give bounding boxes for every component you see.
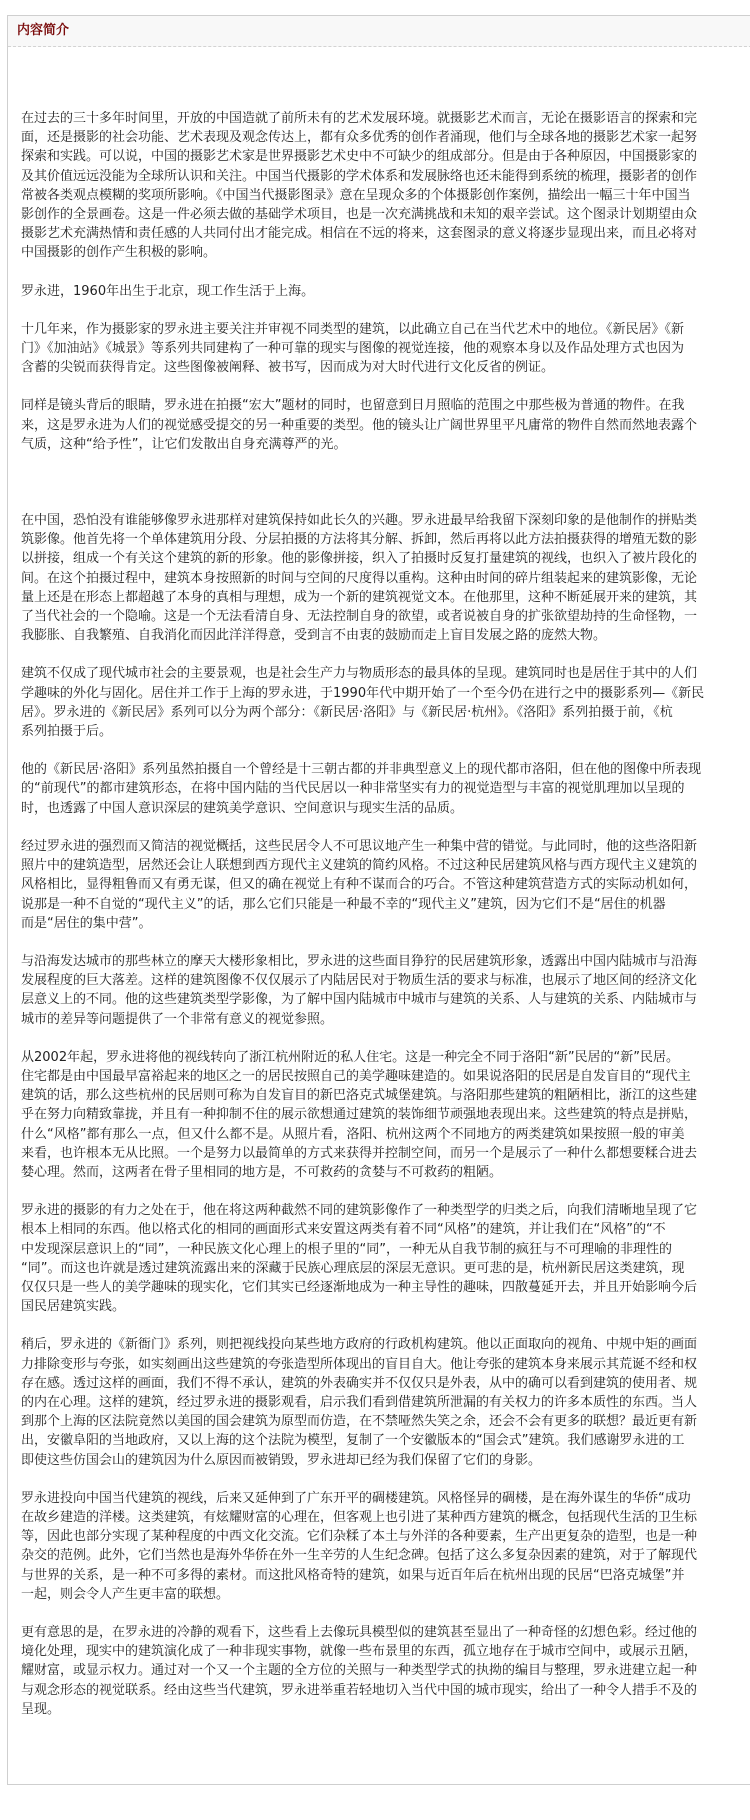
text-line: 什么“风格”都有那么一点，但又什么都不是。从照片看，洛阳、杭州这两个不同地方的两… [21,1125,748,1144]
text-line: 乎在努力向精致靠拢，并且有一种抑制不住的展示欲想通过建筑的装饰细节顽强地表现出来… [21,1105,748,1124]
text-line: 量上还是在形态上都超越了本身的真相与理想，成为一个新的建筑视觉文本。在他那里，这… [21,588,748,607]
content-intro-panel: 内容简介 在过去的三十多年时间里，开放的中国造就了前所未有的艺术发展环境。就摄影… [7,15,750,1785]
text-line: 门》《加油站》《城景》等系列共同建构了一种可靠的现实与图像的视觉连接，他的观察本… [21,339,748,358]
paragraph: 他的《新民居·洛阳》系列虽然拍摄自一个曾经是十三朝古都的并非典型意义上的现代都市… [21,760,748,818]
text-line: 气质，这种“给予性”，让它们发散出自身充满尊严的光。 [21,435,748,454]
text-line: 居》。罗永进的《新民居》系列可以分为两个部分：《新民居·洛阳》与《新民居·杭州》… [21,703,748,722]
text-line: 即使这些仿国会山的建筑因为什么原因而被销毁，罗永进却已经为我们保留了它们的身影。 [21,1451,748,1470]
text-line: 罗永进，1960年出生于北京，现工作生活于上海。 [21,282,748,301]
text-line: 同样是镜头背后的眼睛，罗永进在拍摄“宏大”题材的同时，也留意到日月照临的范围之中… [21,396,748,415]
text-line: 根本上相同的东西。他以格式化的相同的画面形式来安置这两类有着不同“风格”的建筑，… [21,1220,748,1239]
paragraph: 与沿海发达城市的那些林立的摩天大楼形象相比，罗永进的这些面目狰狞的民居建筑形象，… [21,952,748,1029]
paragraph: 罗永进的摄影的有力之处在于，他在将这两种截然不同的建筑影像作了一种类型学的归类之… [21,1201,748,1316]
text-line: 我膨胀、自我繁殖、自我消化而因此洋洋得意，受到言不由衷的鼓励而走上盲目发展之路的… [21,626,748,645]
text-line: 建筑的话，那么这些杭州的民居则可称为自发盲目的新巴洛克式城堡建筑。与洛阳那些建筑… [21,1086,748,1105]
text-line: 更有意思的是，在罗永进的冷静的观看下，这些看上去像玩具模型似的建筑甚至显出了一种… [21,1623,748,1642]
text-line: 罗永进的摄影的有力之处在于，他在将这两种截然不同的建筑影像作了一种类型学的归类之… [21,1201,748,1220]
text-line: 与沿海发达城市的那些林立的摩天大楼形象相比，罗永进的这些面目狰狞的民居建筑形象，… [21,952,748,971]
text-line: 他的《新民居·洛阳》系列虽然拍摄自一个曾经是十三朝古都的并非典型意义上的现代都市… [21,760,748,779]
text-line: 来，这是罗永进为人们的视觉感受提交的另一种重要的类型。他的镜头让广阔世界里平凡庸… [21,416,748,435]
text-line: 的内在心理。这样的建筑，经过罗永进的摄影观看，启示我们看到借建筑所泄漏的有关权力… [21,1393,748,1412]
text-line: 面，还是摄影的社会功能、艺术表现及观念传达上，都有众多优秀的创作者涌现，他们与全… [21,128,748,147]
paragraph: 在过去的三十多年时间里，开放的中国造就了前所未有的艺术发展环境。就摄影艺术而言，… [21,109,748,263]
text-line: 从2002年起，罗永进将他的视线转向了浙江杭州附近的私人住宅。这是一种完全不同于… [21,1048,748,1067]
panel-header: 内容简介 [8,16,750,47]
text-line: 系列拍摄于后。 [21,722,748,741]
text-line: 中国摄影的创作产生积极的影响。 [21,243,748,262]
text-line: 等，因此也部分实现了某种程度的中西文化交流。它们杂糅了本土与外洋的各种要素，生产… [21,1527,748,1546]
intro-body: 在过去的三十多年时间里，开放的中国造就了前所未有的艺术发展环境。就摄影艺术而言，… [8,47,748,1738]
text-line: 层意义上的不同。他的这些建筑类型学影像，为了解中国内陆城市中城市与建筑的关系、人… [21,990,748,1009]
text-line: 风格相比，显得粗鲁而又有勇无谋，但又的确在视觉上有种不谋而合的巧合。不管这种建筑… [21,875,748,894]
text-line: 常被各类观点模糊的奖项所影响。《中国当代摄影图录》意在呈现众多的个体摄影创作案例… [21,186,748,205]
text-line: 了当代社会的一个隐喻。这是一个无法看清自身、无法控制自身的欲望，或者说被自身的扩… [21,607,748,626]
text-line: 存在感。透过这样的画面，我们不得不承认，建筑的外表确实并不仅仅只是外表，从中的确… [21,1374,748,1393]
paragraph: 十几年来，作为摄影家的罗永进主要关注并审视不同类型的建筑，以此确立自己在当代艺术… [21,320,748,378]
text-line: 稍后，罗永进的《新衙门》系列，则把视线投向某些地方政府的行政机构建筑。他以正面取… [21,1335,748,1354]
spacer [21,473,748,511]
text-line: 建筑不仅成了现代城市社会的主要景观，也是社会生产力与物质形态的最具体的呈现。建筑… [21,664,748,683]
text-line: 与观念形态的视觉联系。经由这些当代建筑，罗永进举重若轻地切入当代中国的城市现实，… [21,1681,748,1700]
text-line: 力排除变形与夸张，如实刻画出这些建筑的夸张造型所体现出的盲目自大。他让夸张的建筑… [21,1355,748,1374]
text-line: 耀财富，或显示权力。通过对一个又一个主题的全方位的关照与一种类型学式的执拗的编目… [21,1661,748,1680]
text-line: “同”。而这也许就是透过建筑流露出来的深藏于民族心理底层的深层无意识。更可悲的是… [21,1259,748,1278]
text-line: 出，安徽阜阳的当地政府，又以上海的这个法院为模型，复制了一个安徽版本的“国会式”… [21,1431,748,1450]
paragraph: 经过罗永进的强烈而又简洁的视觉概括，这些民居令人不可思议地产生一种集中营的错觉。… [21,837,748,933]
text-line: 杂交的范例。此外，它们当然也是海外华侨在外一生辛劳的人生纪念碑。包括了这么多复杂… [21,1546,748,1565]
section-title: 内容简介 [17,23,69,38]
text-line: 到那个上海的区法院竟然以美国的国会建筑为原型而仿造，在不禁哑然失笑之余，还会不会… [21,1412,748,1431]
paragraph: 建筑不仅成了现代城市社会的主要景观，也是社会生产力与物质形态的最具体的呈现。建筑… [21,664,748,741]
text-line: 的“前现代”的都市建筑形态，在将中国内陆的当代民居以一种非常坚实有力的视觉造型与… [21,779,748,798]
text-line: 一起，则会令人产生更丰富的联想。 [21,1585,748,1604]
text-line: 中发现深层意识上的“同”，一种民族文化心理上的根子里的“同”，一种无从自我节制的… [21,1240,748,1259]
text-line: 说那是一种不自觉的“现代主义”的话，那么它们只能是一种最不幸的“现代主义”建筑，… [21,895,748,914]
paragraph: 更有意思的是，在罗永进的冷静的观看下，这些看上去像玩具模型似的建筑甚至显出了一种… [21,1623,748,1719]
text-line: 在中国，恐怕没有谁能够像罗永进那样对建筑保持如此长久的兴趣。罗永进最早给我留下深… [21,511,748,530]
text-line: 罗永进投向中国当代建筑的视线，后来又延伸到了广东开平的碉楼建筑。风格怪异的碉楼，… [21,1489,748,1508]
text-line: 摄影艺术充满热情和责任感的人共同付出才能完成。相信在不远的将来，这套图录的意义将… [21,224,748,243]
paragraph: 从2002年起，罗永进将他的视线转向了浙江杭州附近的私人住宅。这是一种完全不同于… [21,1048,748,1182]
text-line: 时，也透露了中国人意识深层的建筑美学意识、空间意识与现实生活的品质。 [21,799,748,818]
text-line: 经过罗永进的强烈而又简洁的视觉概括，这些民居令人不可思议地产生一种集中营的错觉。… [21,837,748,856]
text-line: 影创作的全景画卷。这是一件必须去做的基础学术项目，也是一次充满挑战和未知的艰辛尝… [21,205,748,224]
text-line: 与世界的关系，是一种不可多得的素材。而这批风格奇特的建筑，如果与近百年后在杭州出… [21,1566,748,1585]
paragraph: 稍后，罗永进的《新衙门》系列，则把视线投向某些地方政府的行政机构建筑。他以正面取… [21,1335,748,1469]
paragraph: 同样是镜头背后的眼睛，罗永进在拍摄“宏大”题材的同时，也留意到日月照临的范围之中… [21,396,748,454]
text-line: 探索和实践。可以说，中国的摄影艺术家是世界摄影艺术史中不可缺少的组成部分。但是由… [21,147,748,166]
text-line: 含蓄的尖锐而获得肯定。这些图像被阐释、被书写，因而成为对大时代进行文化反省的例证… [21,358,748,377]
text-line: 而是“居住的集中营”。 [21,914,748,933]
text-line: 发展程度的巨大落差。这样的建筑图像不仅仅展示了内陆居民对于物质生活的要求与标准，… [21,971,748,990]
text-line: 照片中的建筑造型，居然还会让人联想到西方现代主义建筑的简约风格。不过这种民居建筑… [21,856,748,875]
text-line: 仅仅只是一些人的美学趣味的现实化，它们其实已经逐渐地成为一种主导性的趣味，四散蔓… [21,1278,748,1297]
text-line: 在故乡建造的洋楼。这类建筑，有炫耀财富的心理在，但客观上也引进了某种西方建筑的概… [21,1508,748,1527]
paragraph: 罗永进，1960年出生于北京，现工作生活于上海。 [21,282,748,301]
text-line: 来看，也许根本无从比照。一个是努力以最简单的方式来获得并控制空间，而另一个是展示… [21,1144,748,1163]
text-line: 住宅都是由中国最早富裕起来的地区之一的居民按照自己的美学趣味建造的。如果说洛阳的… [21,1067,748,1086]
text-line: 在过去的三十多年时间里，开放的中国造就了前所未有的艺术发展环境。就摄影艺术而言，… [21,109,748,128]
text-line: 国民居建筑实践。 [21,1297,748,1316]
text-line: 城市的差异等问题提供了一个非常有意义的视觉参照。 [21,1010,748,1029]
text-line: 间。在这个拍摄过程中，建筑本身按照新的时间与空间的尺度得以重构。这种由时间的碎片… [21,569,748,588]
text-line: 境化处理，现实中的建筑演化成了一种非现实事物，就像一些布景里的东西，孤立地存在于… [21,1642,748,1661]
text-line: 筑影像。他首先将一个单体建筑用分段、分层拍摄的方法将其分解、拆卸，然后再将以此方… [21,530,748,549]
text-line: 及其价值远远没能为全球所认识和关注。中国当代摄影的学术体系和发展脉络也还未能得到… [21,167,748,186]
text-line: 婪心理。然而，这两者在骨子里相同的地方是，不可救药的贪婪与不可救药的粗陋。 [21,1163,748,1182]
paragraph: 在中国，恐怕没有谁能够像罗永进那样对建筑保持如此长久的兴趣。罗永进最早给我留下深… [21,511,748,645]
text-line: 呈现。 [21,1700,748,1719]
paragraph: 罗永进投向中国当代建筑的视线，后来又延伸到了广东开平的碉楼建筑。风格怪异的碉楼，… [21,1489,748,1604]
text-line: 以拼接，组成一个有关这个建筑的新的形象。他的影像拼接，织入了拍摄时反复打量建筑的… [21,549,748,568]
text-line: 学趣味的外化与固化。居住并工作于上海的罗永进，于1990年代中期开始了一个至今仍… [21,684,748,703]
text-line: 十几年来，作为摄影家的罗永进主要关注并审视不同类型的建筑，以此确立自己在当代艺术… [21,320,748,339]
